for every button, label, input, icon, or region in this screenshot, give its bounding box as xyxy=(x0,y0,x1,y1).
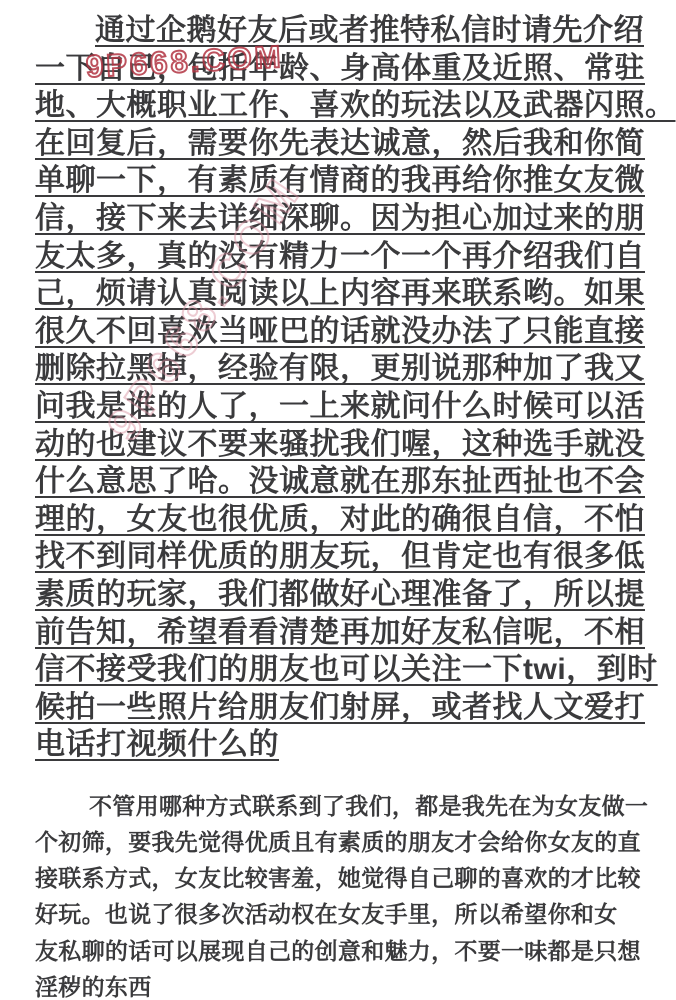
text-line: 找不到同样优质的朋友玩，但肯定也有很多低 xyxy=(35,538,652,576)
text-line: 信，接下来去详细深聊。因为担心加过来的朋 xyxy=(35,200,652,238)
document-page: 9P668.COM 9P668.COM 通过企鹅好友后或者推特私信时请先介绍一下… xyxy=(0,0,676,1000)
text-line: 动的也建议不要来骚扰我们喔，这种选手就没 xyxy=(35,426,652,464)
secondary-paragraph: 不管用哪种方式联系到了我们，都是我先在为女友做一个初筛，要我先觉得优质且有素质的… xyxy=(35,788,652,1000)
text-line: 接联系方式，女友比较害羞，她觉得自己聊的喜欢的才比较 xyxy=(35,860,652,896)
text-line: 问我是谁的人了，一上来就问什么时候可以活 xyxy=(35,388,652,426)
text-line: 淫秽的东西 xyxy=(35,969,652,1000)
text-line: 什么意思了哈。没诚意就在那东扯西扯也不会 xyxy=(35,463,652,501)
text-line: 信不接受我们的朋友也可以关注一下twi，到时 xyxy=(35,651,652,689)
document-body: 通过企鹅好友后或者推特私信时请先介绍一下自己，包括年龄、身高体重及近照、常驻地、… xyxy=(0,0,676,1000)
text-line: 一下自己，包括年龄、身高体重及近照、常驻 xyxy=(35,50,652,88)
text-line: 电话打视频什么的 xyxy=(35,726,652,764)
text-line: 很久不回喜欢当哑巴的话就没办法了只能直接 xyxy=(35,313,652,351)
text-line: 个初筛，要我先觉得优质且有素质的朋友才会给你女友的直 xyxy=(35,824,652,860)
text-line: 友太多，真的没有精力一个一个再介绍我们自 xyxy=(35,238,652,276)
text-line: 地、大概职业工作、喜欢的玩法以及武器闪照。 xyxy=(35,87,652,125)
text-line: 通过企鹅好友后或者推特私信时请先介绍 xyxy=(35,12,652,50)
text-line: 在回复后，需要你先表达诚意，然后我和你简 xyxy=(35,125,652,163)
text-line: 单聊一下，有素质有情商的我再给你推女友微 xyxy=(35,162,652,200)
text-line: 删除拉黑掉，经验有限，更别说那种加了我又 xyxy=(35,350,652,388)
intro-paragraph-bold: 通过企鹅好友后或者推特私信时请先介绍一下自己，包括年龄、身高体重及近照、常驻地、… xyxy=(35,12,652,764)
text-line: 理的，女友也很优质，对此的确很自信，不怕 xyxy=(35,501,652,539)
text-line: 候拍一些照片给朋友们射屏，或者找人文爱打 xyxy=(35,689,652,727)
text-line: 素质的玩家，我们都做好心理准备了，所以提 xyxy=(35,576,652,614)
text-line: 不管用哪种方式联系到了我们，都是我先在为女友做一 xyxy=(35,788,652,824)
text-line: 好玩。也说了很多次活动权在女友手里，所以希望你和女 xyxy=(35,896,652,932)
text-line: 友私聊的话可以展现自己的创意和魅力，不要一味都是只想 xyxy=(35,933,652,969)
text-line: 己，烦请认真阅读以上内容再来联系哟。如果 xyxy=(35,275,652,313)
text-line: 前告知，希望看看清楚再加好友私信呢，不相 xyxy=(35,614,652,652)
